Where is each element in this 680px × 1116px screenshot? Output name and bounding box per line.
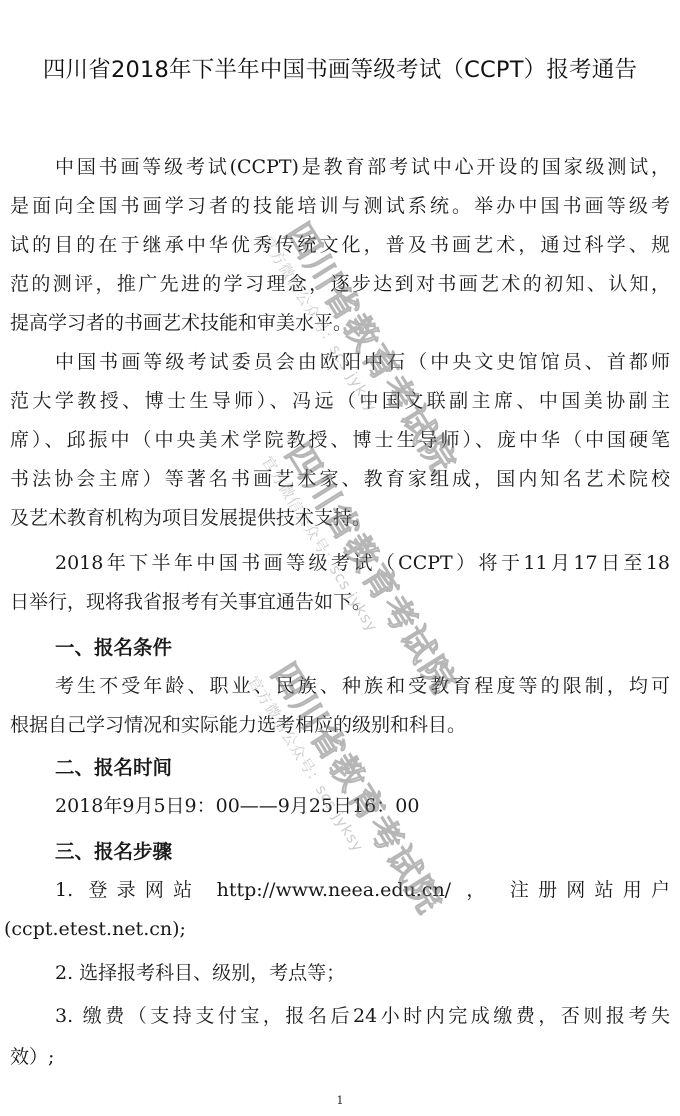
document-title: 四川省2018年下半年中国书画等级考试（CCPT）报考通告 <box>0 52 680 84</box>
paragraph-line: 根据自己学习情况和实际能力选考相应的级别和科目。 <box>10 706 670 745</box>
paragraph-line: 考生不受年龄、职业、民族、种族和受教育程度等的限制，均可 <box>10 667 670 706</box>
step-2-line: 2. 选择报考科目、级别，考点等； <box>10 954 670 993</box>
paragraph-line: 范大学教授、博士生导师）、冯远（中国文联副主席、中国美协副主 <box>10 382 670 421</box>
exam-date-paragraph: 2018年下半年中国书画等级考试（CCPT）将于11月17日至18 日举行，现将… <box>10 544 670 622</box>
document-page: 四川省2018年下半年中国书画等级考试（CCPT）报考通告 中国书画等级考试(C… <box>0 0 680 1116</box>
section-registration-steps: 三、报名步骤 1. 登录网站 http://www.neea.edu.cn/ ，… <box>10 832 670 1077</box>
section-heading: 一、报名条件 <box>10 628 670 667</box>
committee-paragraph: 中国书画等级考试委员会由欧阳中石（中央文史馆馆员、首都师 范大学教授、博士生导师… <box>10 343 670 538</box>
paragraph-line: 书法协会主席）等著名书画艺术家、教育家组成，国内知名艺术院校 <box>10 460 670 499</box>
paragraph-line: 是面向全国书画学习者的技能培训与测试系统。举办中国书画等级考 <box>10 187 670 226</box>
section-heading: 二、报名时间 <box>10 748 670 787</box>
page-number: 1 <box>0 1094 680 1107</box>
section-heading: 三、报名步骤 <box>10 832 670 871</box>
step-1-line: 1. 登录网站 http://www.neea.edu.cn/ ， 注册网站用户 <box>10 871 670 910</box>
paragraph-line: 试的目的在于继承中华优秀传统文化，普及书画艺术，通过科学、规 <box>10 226 670 265</box>
section-registration-time: 二、报名时间 2018年9月5日9：00——9月25日16：00 <box>10 748 670 826</box>
section-eligibility: 一、报名条件 考生不受年龄、职业、民族、种族和受教育程度等的限制，均可 根据自己… <box>10 628 670 745</box>
paragraph-line: 及艺术教育机构为项目发展提供技术支持。 <box>10 499 670 538</box>
step-3-line: 效）; <box>10 1038 670 1077</box>
registration-period: 2018年9月5日9：00——9月25日16：00 <box>10 787 670 826</box>
paragraph-line: 中国书画等级考试(CCPT)是教育部考试中心开设的国家级测试， <box>10 148 670 187</box>
paragraph-line: 日举行，现将我省报考有关事宜通告如下。 <box>10 583 670 622</box>
paragraph-line: 2018年下半年中国书画等级考试（CCPT）将于11月17日至18 <box>10 544 670 583</box>
step-3-line: 3. 缴费（支持支付宝，报名后24小时内完成缴费，否则报考失 <box>10 997 670 1036</box>
paragraph-line: 提高学习者的书画艺术技能和审美水平。 <box>10 304 670 343</box>
paragraph-line: 中国书画等级考试委员会由欧阳中石（中央文史馆馆员、首都师 <box>10 343 670 382</box>
paragraph-line: 席）、邱振中（中央美术学院教授、博士生导师）、庞中华（中国硬笔 <box>10 421 670 460</box>
paragraph-line: 范的测评，推广先进的学习理念，逐步达到对书画艺术的初知、认知， <box>10 265 670 304</box>
intro-paragraph: 中国书画等级考试(CCPT)是教育部考试中心开设的国家级测试， 是面向全国书画学… <box>10 148 670 343</box>
step-1-line: (ccpt.etest.net.cn); <box>4 910 670 949</box>
